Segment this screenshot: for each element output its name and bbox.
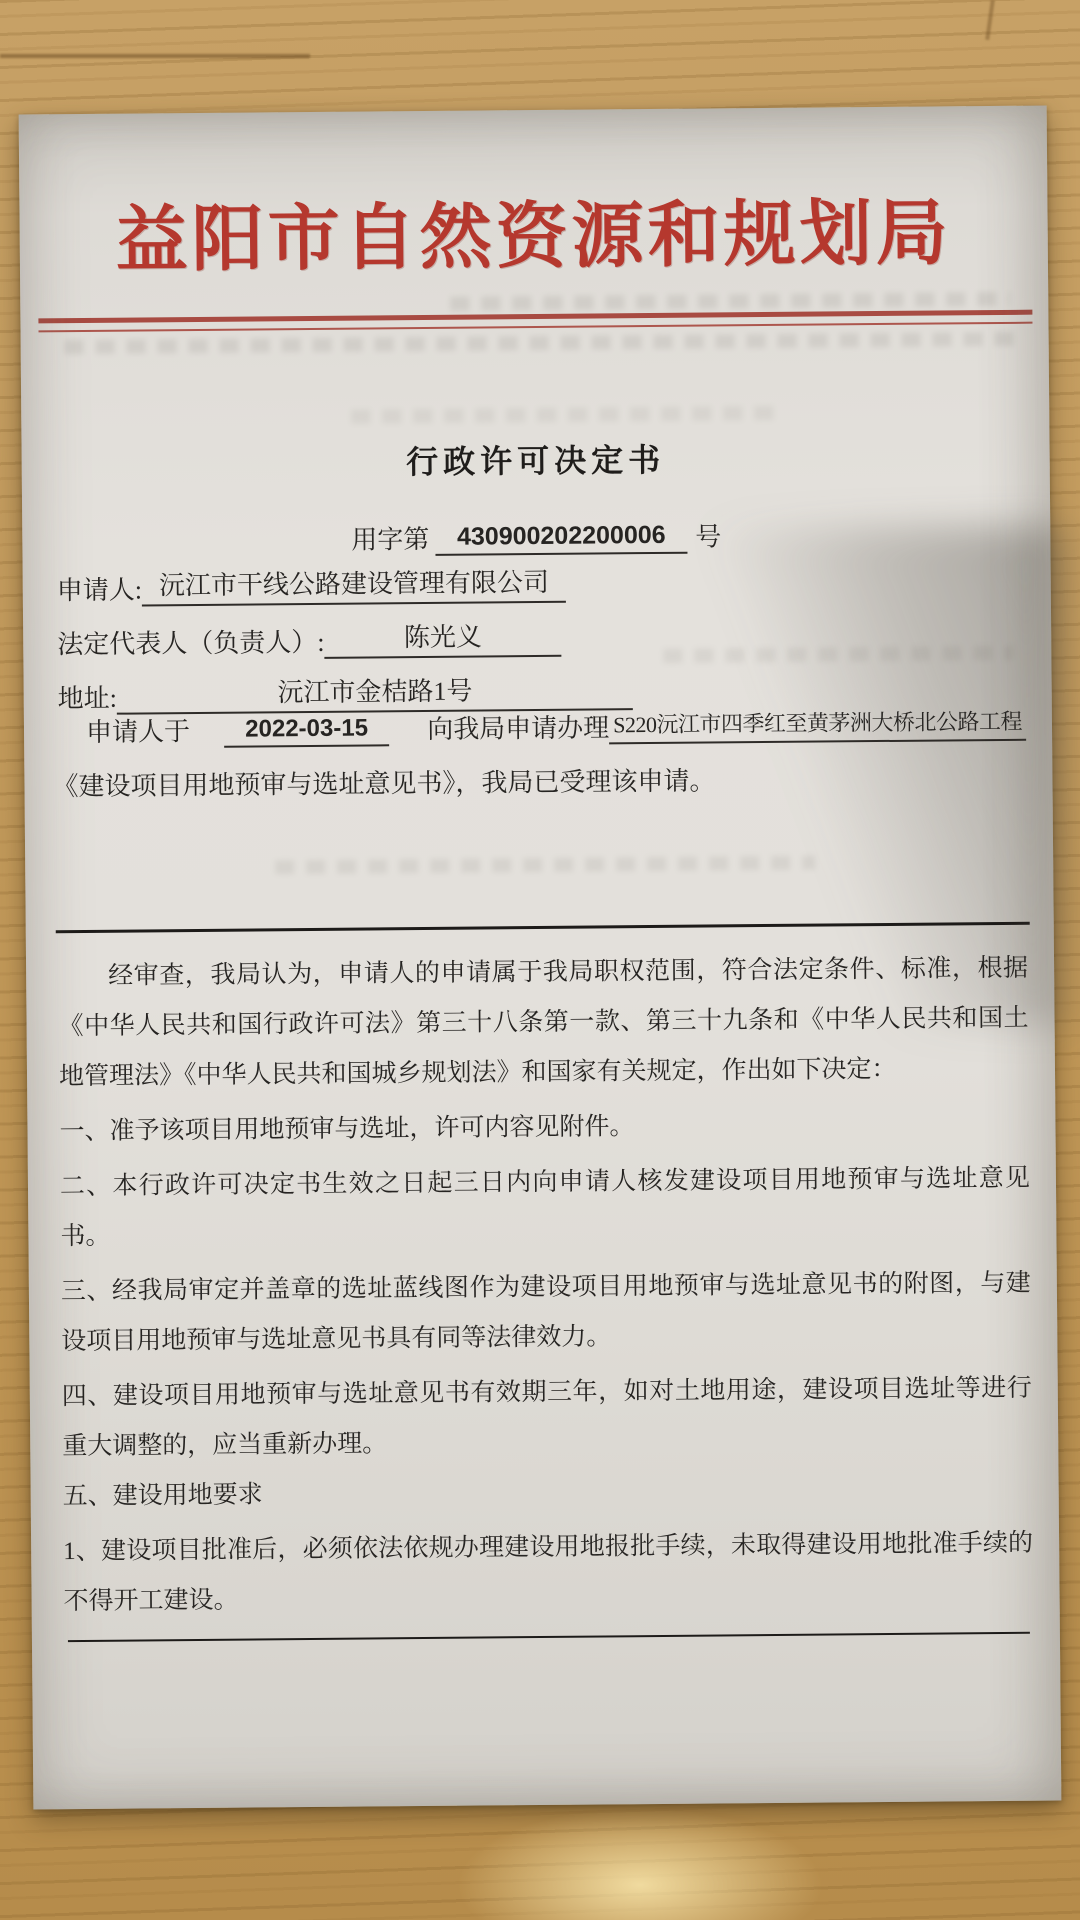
decision-body: 经审查，我局认为，申请人的申请属于我局职权范围，符合法定条件、标准，根据《中华人…	[58, 944, 1034, 1627]
acceptance-line: 《建设项目用地预审与选址意见书》，我局已受理该申请。	[52, 760, 715, 803]
document-paper: 益阳市自然资源和规划局 行政许可决定书 用字第 430900202200006 …	[19, 106, 1062, 1810]
decision-item-3: 三、经我局审定并盖章的选址蓝线图作为建设项目用地预审与选址意见书的附图，与建设项…	[61, 1259, 1032, 1367]
legal-representative-value: 陈光义	[324, 616, 561, 659]
bleed-through-text	[65, 332, 1015, 354]
legal-representative-field: 法定代表人（负责人）: 陈光义	[57, 616, 562, 661]
application-line: 申请人于 2022-03-15 向我局申请办理 S220沅江市四季红至黄茅洲大桥…	[58, 704, 1026, 749]
applicant-value: 沅江市干线公路建设管理有限公司	[142, 562, 566, 607]
decision-item-2: 二、本行政许可决定书生效之日起三日内向申请人核发建设项目用地预审与选址意见书。	[60, 1154, 1031, 1262]
document-number-value: 430900202200006	[435, 521, 687, 556]
decision-item-1: 一、准予该项目用地预审与选址，许可内容见附件。	[59, 1099, 1029, 1157]
application-date: 2022-03-15	[224, 714, 389, 747]
red-divider-thin-line	[39, 322, 1033, 333]
wood-table-background: 益阳市自然资源和规划局 行政许可决定书 用字第 430900202200006 …	[0, 0, 1080, 1920]
applicant-field: 申请人: 沅江市干线公路建设管理有限公司	[57, 562, 567, 607]
bottom-divider-line	[68, 1632, 1030, 1642]
application-middle: 向我局申请办理	[427, 707, 609, 746]
applicant-label: 申请人:	[57, 569, 143, 607]
red-divider-thick-line	[38, 310, 1032, 324]
document-number-line: 用字第 430900202200006 号	[22, 514, 1050, 560]
address-label: 地址:	[58, 678, 118, 716]
section-divider-line	[56, 922, 1030, 933]
bleed-through-text	[275, 856, 815, 875]
document-number-suffix: 号	[695, 516, 721, 553]
bleed-through-text	[663, 646, 1013, 663]
document-title: 行政许可决定书	[21, 432, 1049, 487]
agency-header: 益阳市自然资源和规划局	[19, 174, 1048, 287]
land-requirement-item-1: 1、建设项目批准后，必须依法依规办理建设用地报批手续，未取得建设用地批准手续的不…	[63, 1519, 1034, 1627]
decision-intro-paragraph: 经审查，我局认为，申请人的申请属于我局职权范围，符合法定条件、标准，根据《中华人…	[58, 944, 1029, 1102]
red-divider-line	[38, 310, 1032, 333]
decision-item-4: 四、建设项目用地预审与选址意见书有效期三年，如对土地用途，建设项目选址等进行重大…	[62, 1364, 1033, 1472]
document-number-prefix: 用字第	[351, 519, 429, 557]
application-prefix: 申请人于	[86, 711, 190, 749]
wood-plank-seam	[0, 54, 310, 58]
application-project-name: S220沅江市四季红至黄茅洲大桥北公路工程	[609, 705, 1026, 745]
land-requirements-heading: 五、建设用地要求	[62, 1464, 1032, 1522]
legal-representative-label: 法定代表人（负责人）:	[57, 622, 325, 661]
bleed-through-text	[450, 292, 1010, 311]
wood-plank-seam	[985, 0, 995, 40]
bleed-through-text	[351, 406, 781, 424]
